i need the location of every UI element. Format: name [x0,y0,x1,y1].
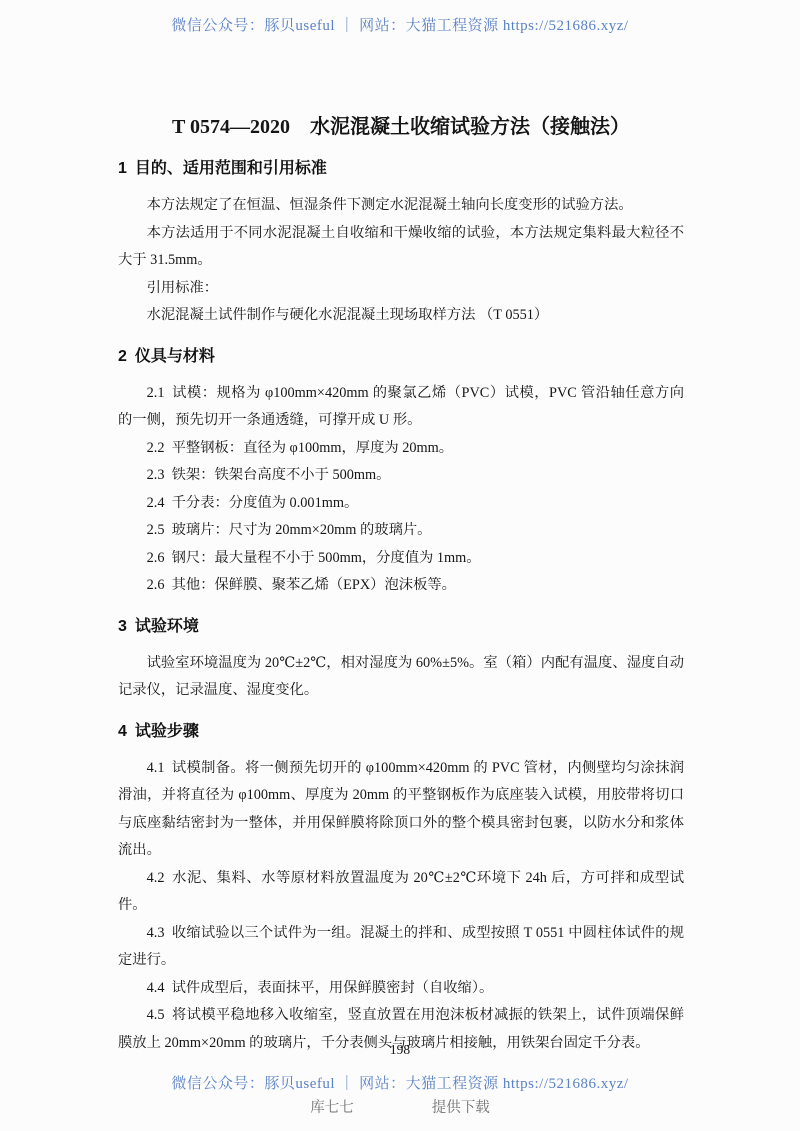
footer-provider-line: 库七七 提供下载 [0,1096,800,1117]
section-heading-1: 1 目的、适用范围和引用标准 [118,158,684,180]
page-title: T 0574—2020 水泥混凝土收缩试验方法（接触法） [118,112,684,142]
header-watermark: 微信公众号：豚贝useful ｜ 网站：大猫工程资源 https://52168… [0,14,800,35]
paragraph: 2.6 钢尺：最大量程不小于 500mm，分度值为 1mm。 [118,545,684,573]
paragraph: 2.5 玻璃片：尺寸为 20mm×20mm 的玻璃片。 [118,517,684,545]
sections-container: 1 目的、适用范围和引用标准本方法规定了在恒温、恒湿条件下测定水泥混凝土轴向长度… [118,158,684,1057]
paragraph: 4.4 试件成型后，表面抹平，用保鲜膜密封（自收缩）。 [118,975,684,1003]
document-page: 微信公众号：豚贝useful ｜ 网站：大猫工程资源 https://52168… [0,0,800,1131]
paragraph: 2.6 其他：保鲜膜、聚苯乙烯（EPX）泡沫板等。 [118,572,684,600]
section-heading-4: 4 试验步骤 [118,721,684,743]
paragraph: 2.1 试模：规格为 φ100mm×420mm 的聚氯乙烯（PVC）试模，PVC… [118,380,684,435]
paragraph: 本方法适用于不同水泥混凝土自收缩和干燥收缩的试验，本方法规定集料最大粒径不大于 … [118,220,684,275]
footer-provider-left: 库七七 [310,1096,354,1117]
paragraph: 4.3 收缩试验以三个试件为一组。混凝土的拌和、成型按照 T 0551 中圆柱体… [118,920,684,975]
document-body: T 0574—2020 水泥混凝土收缩试验方法（接触法） 1 目的、适用范围和引… [118,112,684,1057]
section-heading-2: 2 仪具与材料 [118,346,684,368]
section-heading-3: 3 试验环境 [118,616,684,638]
footer-watermark: 微信公众号：豚贝useful ｜ 网站：大猫工程资源 https://52168… [0,1072,800,1093]
footer-provider-right: 提供下载 [432,1096,490,1117]
paragraph: 4.1 试模制备。将一侧预先切开的 φ100mm×420mm 的 PVC 管材，… [118,755,684,865]
paragraph: 试验室环境温度为 20℃±2℃，相对湿度为 60%±5%。室（箱）内配有温度、湿… [118,650,684,705]
paragraph: 2.4 千分表：分度值为 0.001mm。 [118,490,684,518]
paragraph: 本方法规定了在恒温、恒湿条件下测定水泥混凝土轴向长度变形的试验方法。 [118,192,684,220]
paragraph: 4.2 水泥、集料、水等原材料放置温度为 20℃±2℃环境下 24h 后，方可拌… [118,865,684,920]
page-number: 198 [0,1042,800,1058]
paragraph: 2.2 平整钢板：直径为 φ100mm，厚度为 20mm。 [118,435,684,463]
paragraph: 引用标准： [118,275,684,303]
paragraph: 2.3 铁架：铁架台高度不小于 500mm。 [118,462,684,490]
paragraph: 水泥混凝土试件制作与硬化水泥混凝土现场取样方法 （T 0551） [118,302,684,330]
